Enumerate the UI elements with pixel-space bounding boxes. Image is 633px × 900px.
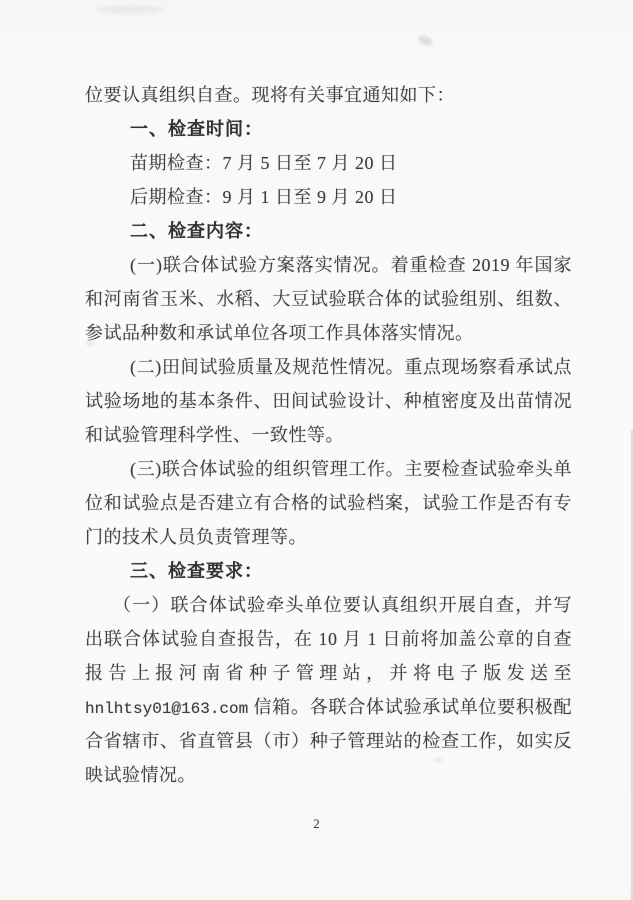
body-line: （一）联合体试验牵头单位要认真组织开展自查，并写 bbox=[85, 588, 572, 622]
body-line: 报告上报河南省种子管理站，并将电子版发送至 bbox=[85, 656, 572, 690]
scan-smudge bbox=[417, 33, 434, 48]
body-line: 位要认真组织自查。现将有关事宜通知如下： bbox=[85, 78, 572, 112]
body-line: 出联合体试验自查报告，在 10 月 1 日前将加盖公章的自查 bbox=[85, 622, 572, 656]
body-line: 和河南省玉米、水稻、大豆试验联合体的试验组别、组数、 bbox=[85, 282, 572, 316]
body-line-rest: 信箱。各联合体试验承试单位要积极配 bbox=[248, 697, 572, 717]
body-line: 参试品种数和承试单位各项工作具体落实情况。 bbox=[85, 316, 572, 350]
body-line: 映试验情况。 bbox=[85, 758, 572, 792]
body-line: (一)联合体试验方案落实情况。着重检查 2019 年国家 bbox=[85, 248, 572, 282]
body-line: (三)联合体试验的组织管理工作。主要检查试验牵头单 bbox=[85, 452, 572, 486]
body-line: 位和试验点是否建立有合格的试验档案，试验工作是否有专 bbox=[85, 486, 572, 520]
email-address: hnlhtsy01@163.com bbox=[85, 700, 248, 718]
document-body: 位要认真组织自查。现将有关事宜通知如下： 一、检查时间： 苗期检查：7 月 5 … bbox=[85, 78, 572, 792]
body-line: 门的技术人员负责管理等。 bbox=[85, 520, 572, 554]
page-number: 2 bbox=[0, 816, 633, 832]
inspection-date-line: 后期检查：9 月 1 日至 9 月 20 日 bbox=[85, 180, 572, 214]
body-line: (二)田间试验质量及规范性情况。重点现场察看承试点 bbox=[85, 350, 572, 384]
section-heading-1: 一、检查时间： bbox=[85, 112, 572, 146]
section-heading-2: 二、检查内容： bbox=[85, 214, 572, 248]
body-line: 和试验管理科学性、一致性等。 bbox=[85, 418, 572, 452]
body-line: 合省辖市、省直管县（市）种子管理站的检查工作，如实反 bbox=[85, 724, 572, 758]
inspection-date-line: 苗期检查：7 月 5 日至 7 月 20 日 bbox=[85, 146, 572, 180]
body-line-with-email: hnlhtsy01@163.com 信箱。各联合体试验承试单位要积极配 bbox=[85, 690, 572, 724]
section-heading-3: 三、检查要求： bbox=[85, 554, 572, 588]
scanned-document-page: 位要认真组织自查。现将有关事宜通知如下： 一、检查时间： 苗期检查：7 月 5 … bbox=[0, 0, 633, 900]
scan-smudge bbox=[95, 6, 165, 13]
body-line: 试验场地的基本条件、田间试验设计、种植密度及出苗情况 bbox=[85, 384, 572, 418]
